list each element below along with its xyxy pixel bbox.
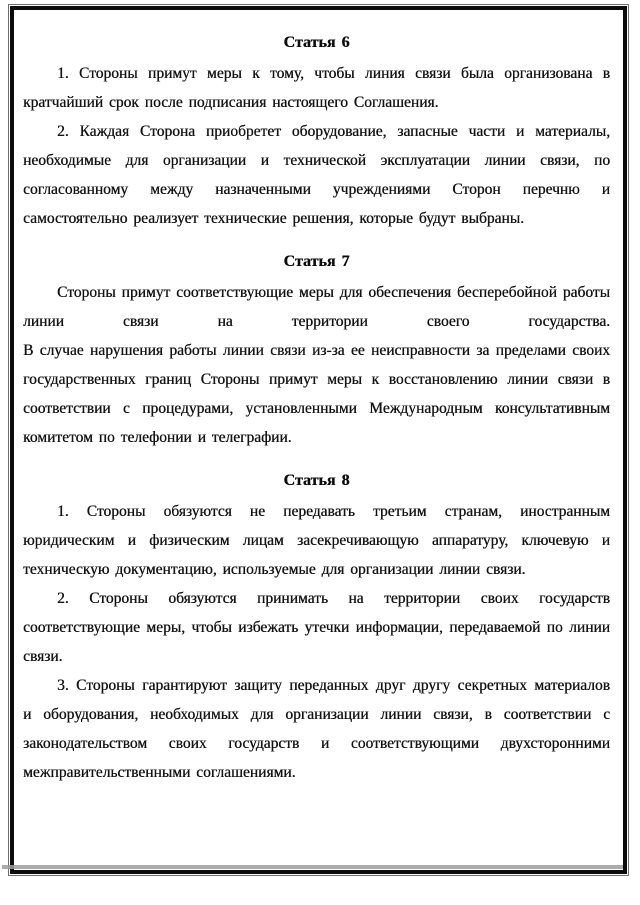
article-8-heading: Статья 8: [23, 466, 610, 495]
scanned-page: Статья 6 1. Стороны примут меры к тому, …: [0, 0, 640, 905]
scan-bottom-edge-artifact: [2, 865, 623, 869]
article-7-heading: Статья 7: [23, 247, 610, 276]
article-7-section: Статья 7 Стороны примут соответствующие …: [23, 247, 610, 452]
article-7-paragraph-1: Стороны примут соответствующие меры для …: [23, 278, 610, 336]
article-6-paragraph-2: 2. Каждая Сторона приобретет оборудовани…: [23, 117, 610, 233]
article-7-paragraph-2: В случае нарушения работы линии связи из…: [23, 336, 610, 452]
document-content: Статья 6 1. Стороны примут меры к тому, …: [23, 14, 610, 787]
article-8-paragraph-2: 2. Стороны обязуются принимать на террит…: [23, 584, 610, 671]
article-6-paragraph-1: 1. Стороны примут меры к тому, чтобы лин…: [23, 59, 610, 117]
article-8-paragraph-3: 3. Стороны гарантируют защиту переданных…: [23, 671, 610, 787]
article-8-section: Статья 8 1. Стороны обязуются не передав…: [23, 466, 610, 787]
article-6-section: Статья 6 1. Стороны примут меры к тому, …: [23, 28, 610, 233]
article-6-heading: Статья 6: [23, 28, 610, 57]
article-8-paragraph-1: 1. Стороны обязуются не передавать треть…: [23, 497, 610, 584]
